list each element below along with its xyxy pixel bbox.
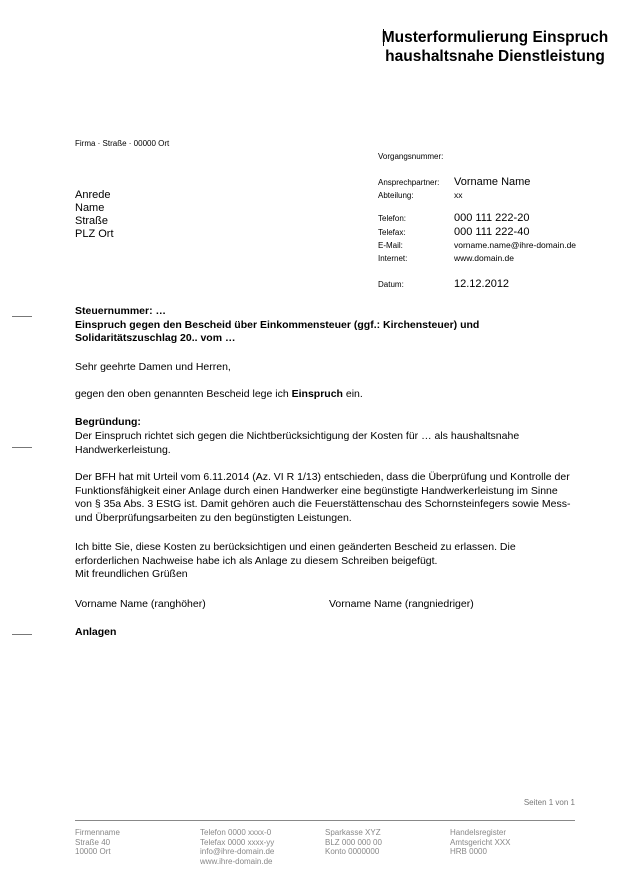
document-title: Musterformulierung Einspruch haushaltsna… [380, 28, 610, 66]
recipient-address: Anrede Name Straße PLZ Ort [75, 189, 114, 241]
footer-text: Firmenname [75, 828, 120, 838]
website-link[interactable]: www.domain.de [454, 253, 514, 263]
intro-end: ein. [343, 388, 363, 400]
recipient-salutation: Anrede [75, 189, 114, 202]
email-link[interactable]: vorname.name@ihre-domain.de [454, 240, 576, 250]
subject-tax-number: Steuernummer: … [75, 305, 575, 319]
info-label: Ansprechpartner: [378, 178, 454, 187]
sender-line: Firma · Straße · 00000 Ort [75, 139, 169, 148]
info-label: Telefon: [378, 214, 454, 223]
fold-mark-bottom [12, 634, 32, 635]
recipient-street: Straße [75, 215, 114, 228]
bfh-paragraph: Der BFH hat mit Urteil vom 6.11.2014 (Az… [75, 471, 575, 525]
info-value: 000 111 222-20 [454, 212, 529, 224]
info-label: Internet: [378, 254, 454, 263]
footer-website-link[interactable]: www.ihre-domain.de [200, 857, 274, 867]
footer-text: Sparkasse XYZ [325, 828, 382, 838]
footer-text: Handelsregister [450, 828, 510, 838]
info-label: E-Mail: [378, 241, 454, 250]
subject-line-2: Einspruch gegen den Bescheid über Einkom… [75, 319, 575, 333]
intro-text: gegen den oben genannten Bescheid lege i… [75, 388, 292, 400]
info-value: 000 111 222-40 [454, 226, 529, 238]
info-value: Vorname Name [454, 176, 530, 188]
signature-right: Vorname Name (rangniedriger) [329, 598, 579, 612]
footer-contact: Telefon 0000 xxxx-0 Telefax 0000 xxxx-yy… [200, 828, 274, 866]
vorgangsnummer-label: Vorgangsnummer: [378, 152, 443, 161]
recipient-city: PLZ Ort [75, 228, 114, 241]
punch-mark [12, 447, 32, 448]
info-value: xx [454, 190, 463, 200]
footer-text: Telefax 0000 xxxx-yy [200, 838, 274, 848]
request-paragraph: Ich bitte Sie, diese Kosten zu berücksic… [75, 541, 555, 568]
salutation: Sehr geehrte Damen und Herren, [75, 361, 575, 375]
subject: Steuernummer: … Einspruch gegen den Besc… [75, 305, 575, 346]
reason-heading: Begründung: [75, 416, 575, 430]
footer-text: Straße 40 [75, 838, 120, 848]
footer-divider [75, 820, 575, 821]
intro-bold: Einspruch [292, 388, 343, 400]
footer-email-link[interactable]: info@ihre-domain.de [200, 847, 274, 857]
info-row-telefon: Telefon: 000 111 222-20 [378, 212, 633, 224]
info-row-internet: Internet: www.domain.de [378, 253, 633, 263]
intro-paragraph: gegen den oben genannten Bescheid lege i… [75, 388, 575, 402]
closing: Mit freundlichen Grüßen [75, 568, 575, 582]
info-row-telefax: Telefax: 000 111 222-40 [378, 226, 633, 238]
footer-register: Handelsregister Amtsgericht XXX HRB 0000 [450, 828, 510, 857]
page-number: Seiten 1 von 1 [480, 798, 575, 807]
footer-text: Amtsgericht XXX [450, 838, 510, 848]
subject-line-3: Solidaritätszuschlag 20.. vom … [75, 332, 575, 346]
footer-text: Konto 0000000 [325, 847, 382, 857]
info-label: Telefax: [378, 228, 454, 237]
footer-bank: Sparkasse XYZ BLZ 000 000 00 Konto 00000… [325, 828, 382, 857]
footer-text: 10000 Ort [75, 847, 120, 857]
info-value: 12.12.2012 [454, 278, 509, 290]
footer-text: HRB 0000 [450, 847, 510, 857]
attachments-heading: Anlagen [75, 626, 575, 640]
title-line-1: Musterformulierung Einspruch [380, 28, 610, 47]
reason-text: Der Einspruch richtet sich gegen die Nic… [75, 430, 545, 457]
info-row-datum: Datum: 12.12.2012 [378, 278, 633, 290]
info-label: Abteilung: [378, 191, 454, 200]
footer-text: Telefon 0000 xxxx-0 [200, 828, 274, 838]
recipient-name: Name [75, 202, 114, 215]
footer-text: BLZ 000 000 00 [325, 838, 382, 848]
info-row-abteilung: Abteilung: xx [378, 190, 633, 200]
title-line-2: haushaltsnahe Dienstleistung [380, 47, 610, 66]
fold-mark-top [12, 316, 32, 317]
info-label: Datum: [378, 280, 454, 289]
info-row-ansprechpartner: Ansprechpartner: Vorname Name [378, 176, 633, 188]
info-row-email: E-Mail: vorname.name@ihre-domain.de [378, 240, 633, 250]
footer-company: Firmenname Straße 40 10000 Ort [75, 828, 120, 857]
